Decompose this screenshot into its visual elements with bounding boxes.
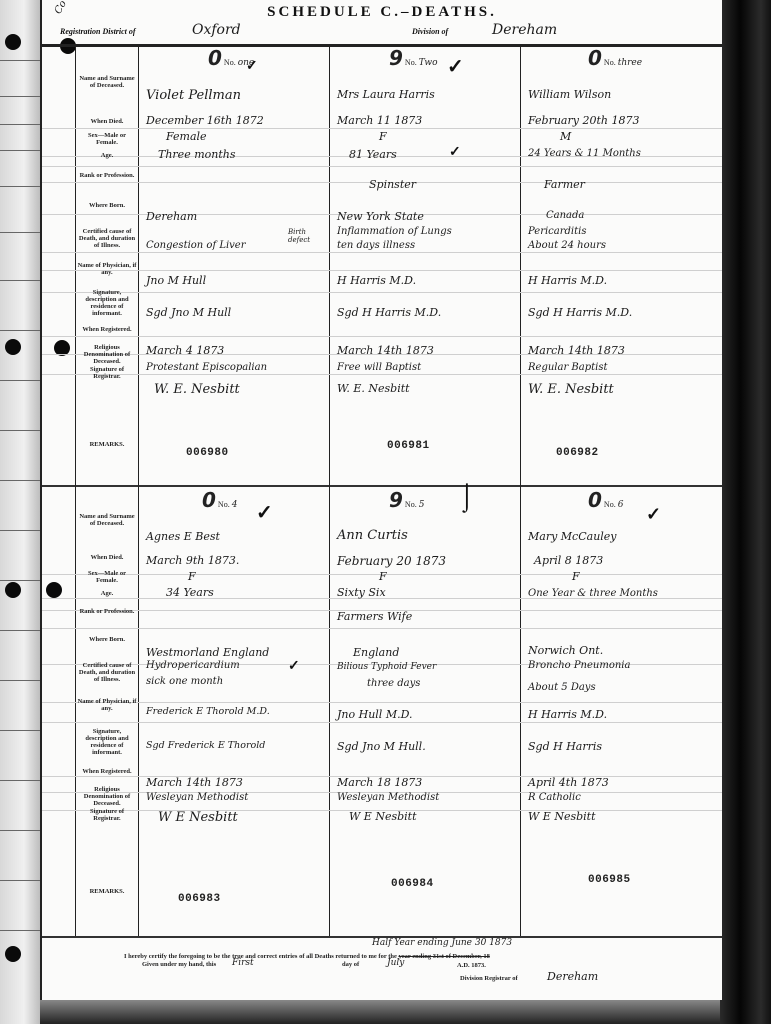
sex: F <box>379 570 387 583</box>
check-mark-icon: ✓ <box>449 144 461 161</box>
physician: H Harris M.D. <box>528 274 607 287</box>
entry-number: 9 No. 5 <box>389 488 424 512</box>
cause-of-death: Broncho Pneumonia <box>528 660 630 671</box>
cause-of-death: Congestion of Liver <box>146 240 246 251</box>
illness-duration: sick one month <box>146 676 223 687</box>
entries-block-bottom: Name and Surname of Deceased. When Died.… <box>42 486 722 936</box>
check-mark-icon: ✓ <box>256 500 273 525</box>
when-died: March 9th 1873. <box>146 554 239 567</box>
deceased-name: Ann Curtis <box>337 528 408 543</box>
entry-number: 9 No. Two <box>389 46 438 70</box>
check-mark-icon: ✓ <box>288 658 300 675</box>
binding-hole <box>5 339 21 355</box>
certification-line: I hereby certify the foregoing to be the… <box>124 953 397 960</box>
registrar-division-value: Dereham <box>547 970 598 983</box>
where-born: New York State <box>337 210 424 223</box>
when-died: December 16th 1872 <box>146 114 264 127</box>
entry-3: 0 No. three William Wilson February 20th… <box>520 44 722 485</box>
deceased-name: William Wilson <box>528 88 611 101</box>
illness-duration: About 24 hours <box>528 240 606 251</box>
label-where-born: Where Born. <box>77 202 137 209</box>
page-title: SCHEDULE C.–DEATHS. <box>42 4 722 21</box>
registrar-signature: W. E. Nesbitt <box>154 382 240 397</box>
rank: Farmers Wife <box>337 610 412 623</box>
day-of-label: day of <box>342 961 359 968</box>
illness-duration: ten days illness <box>337 240 415 251</box>
check-mark-icon: ✓ <box>646 504 661 525</box>
registrar-signature: W E Nesbitt <box>349 810 417 823</box>
when-died: February 20th 1873 <box>528 114 639 127</box>
label-name: Name and Surname of Deceased. <box>77 75 137 89</box>
label-sex: Sex—Male or Female. <box>77 132 137 146</box>
where-born: Canada <box>546 210 584 221</box>
deceased-name: Agnes E Best <box>146 530 220 543</box>
illness-duration: About 5 Days <box>528 682 596 693</box>
sex: F <box>572 570 580 583</box>
where-born: Norwich Ont. <box>528 644 603 657</box>
serial-number: 006981 <box>387 440 430 452</box>
entry-5: 9 No. 5 ⌡ Ann Curtis February 20 1873 F … <box>329 486 520 936</box>
district-label: Registration District of <box>60 27 136 36</box>
label-registrar: Signature of Registrar. <box>77 366 137 380</box>
entry-4: 0 No. 4 ✓ Agnes E Best March 9th 1873. F… <box>138 486 329 936</box>
certification-footer: Half Year ending June 30 1873 I hereby c… <box>42 940 722 1000</box>
registrar-signature: W E Nesbitt <box>528 810 596 823</box>
age: Sixty Six <box>337 586 386 599</box>
deceased-name: Mary McCauley <box>528 530 617 543</box>
entries-block-top: Name and Surname of Deceased. When Died.… <box>42 44 722 485</box>
serial-number: 006980 <box>186 447 229 459</box>
certification-text: I hereby certify the foregoing to be the… <box>124 953 490 960</box>
label-religion: Religious Denomination of Deceased. <box>77 786 137 807</box>
religion: Wesleyan Methodist <box>337 792 439 803</box>
label-religion: Religious Denomination of Deceased. <box>77 344 137 365</box>
division-value: Dereham <box>492 22 557 38</box>
label-physician: Name of Physician, if any. <box>77 698 137 712</box>
check-mark-icon: ✓ <box>447 54 464 79</box>
registrar-label: Division Registrar of <box>460 975 518 982</box>
sex: F <box>188 570 196 583</box>
when-died: April 8 1873 <box>534 554 603 567</box>
register-page: Co SCHEDULE C.–DEATHS. Registration Dist… <box>40 0 722 1000</box>
district-value: Oxford <box>192 22 241 38</box>
physician: Jno Hull M.D. <box>337 708 413 721</box>
serial-number: 006983 <box>178 893 221 905</box>
religion: Regular Baptist <box>528 362 608 373</box>
label-when-died: When Died. <box>77 118 137 125</box>
when-died: March 11 1873 <box>337 114 422 127</box>
informant: Sgd Jno M Hull. <box>337 740 426 753</box>
when-registered: March 14th 1873 <box>337 344 434 357</box>
label-when-registered: When Registered. <box>77 326 137 333</box>
label-age: Age. <box>77 590 137 597</box>
sex: M <box>560 130 571 143</box>
deceased-name: Mrs Laura Harris <box>337 88 435 101</box>
when-registered: April 4th 1873 <box>528 776 609 789</box>
age: 81 Years <box>349 148 397 161</box>
informant: Sgd Jno M Hull <box>146 306 231 319</box>
binding-hole <box>5 34 21 50</box>
label-where-born: Where Born. <box>77 636 137 643</box>
check-mark-icon: ⌡ <box>459 482 475 512</box>
label-remarks: REMARKS. <box>77 441 137 448</box>
registrar-signature: W. E. Nesbitt <box>337 382 410 395</box>
month-value: July <box>387 958 404 968</box>
sex: F <box>379 130 387 143</box>
label-cause: Certified cause of Death, and duration o… <box>77 662 137 683</box>
label-sex: Sex—Male or Female. <box>77 570 137 584</box>
serial-number: 006982 <box>556 447 599 459</box>
where-born: Westmorland England <box>146 646 269 659</box>
period-handwritten: Half Year ending June 30 1873 <box>372 938 512 948</box>
when-registered: March 14th 1873 <box>146 776 243 789</box>
label-physician: Name of Physician, if any. <box>77 262 137 276</box>
informant: Sgd Frederick E Thorold <box>146 740 265 751</box>
age: 24 Years & 11 Months <box>528 148 641 159</box>
entry-number: 0 No. 6 <box>588 488 623 512</box>
cause-of-death: Pericarditis <box>528 226 586 237</box>
label-when-died: When Died. <box>77 554 137 561</box>
binding-hole <box>5 582 21 598</box>
label-rank: Rank or Profession. <box>77 172 137 179</box>
when-died: February 20 1873 <box>337 554 446 568</box>
when-registered: March 4 1873 <box>146 344 224 357</box>
underlying-page-strip <box>0 0 40 1024</box>
page-bottom-shadow <box>40 1000 720 1024</box>
binding-hole <box>5 946 21 962</box>
religion: R Catholic <box>528 792 581 803</box>
informant: Sgd H Harris M.D. <box>528 306 632 319</box>
book-binding-edge <box>720 0 771 1024</box>
entry-6: 0 No. 6 ✓ Mary McCauley April 8 1873 F O… <box>520 486 722 936</box>
label-when-registered: When Registered. <box>77 768 137 775</box>
sex: Female <box>166 130 207 143</box>
division-label: Division of <box>412 27 448 36</box>
cause-of-death: Bilious Typhoid Fever <box>337 662 436 672</box>
entry-1: 0 No. one ✓ Violet Pellman December 16th… <box>138 44 329 485</box>
label-name: Name and Surname of Deceased. <box>77 513 137 527</box>
label-cause: Certified cause of Death, and duration o… <box>77 228 137 249</box>
age: One Year & three Months <box>528 588 658 599</box>
check-mark-icon: ✓ <box>246 58 258 75</box>
cause-of-death: Hydropericardium <box>146 660 240 671</box>
informant: Sgd H Harris <box>528 740 602 753</box>
label-age: Age. <box>77 152 137 159</box>
year-ad: A.D. 1873. <box>457 962 486 969</box>
given-line: Given under my hand, this <box>142 961 216 968</box>
when-registered: March 14th 1873 <box>528 344 625 357</box>
cause-of-death: Inflammation of Lungs <box>337 226 452 237</box>
age: Three months <box>158 148 235 161</box>
cause-note: Birth defect <box>288 228 328 244</box>
where-born: Dereham <box>146 210 197 223</box>
age: 34 Years <box>166 586 214 599</box>
day-value: First <box>232 958 254 968</box>
physician: Frederick E Thorold M.D. <box>146 706 270 717</box>
entry-number: 0 No. three <box>588 46 642 70</box>
rank: Spinster <box>369 178 416 191</box>
entry-2: 9 No. Two ✓ Mrs Laura Harris March 11 18… <box>329 44 520 485</box>
when-registered: March 18 1873 <box>337 776 422 789</box>
illness-duration: three days <box>367 678 420 689</box>
registrar-signature: W. E. Nesbitt <box>528 382 614 397</box>
physician: Jno M Hull <box>146 274 206 287</box>
entry-number: 0 No. 4 <box>202 488 237 512</box>
physician: H Harris M.D. <box>528 708 607 721</box>
informant: Sgd H Harris M.D. <box>337 306 441 319</box>
label-informant: Signature, description and residence of … <box>77 289 137 317</box>
registrar-signature: W E Nesbitt <box>158 810 238 825</box>
religion: Wesleyan Methodist <box>146 792 248 803</box>
serial-number: 006985 <box>588 874 631 886</box>
struck-text: year ending 31st of December, 18 <box>399 953 490 960</box>
given-label: Given under my hand, this <box>142 961 216 968</box>
religion: Free will Baptist <box>337 362 421 373</box>
rank: Farmer <box>544 178 585 191</box>
religion: Protestant Episcopalian <box>146 362 267 373</box>
serial-number: 006984 <box>391 878 434 890</box>
deceased-name: Violet Pellman <box>146 88 241 103</box>
label-rank: Rank or Profession. <box>77 608 137 615</box>
label-registrar: Signature of Registrar. <box>77 808 137 822</box>
label-remarks: REMARKS. <box>77 888 137 895</box>
label-informant: Signature, description and residence of … <box>77 728 137 756</box>
physician: H Harris M.D. <box>337 274 416 287</box>
where-born: England <box>353 646 399 659</box>
